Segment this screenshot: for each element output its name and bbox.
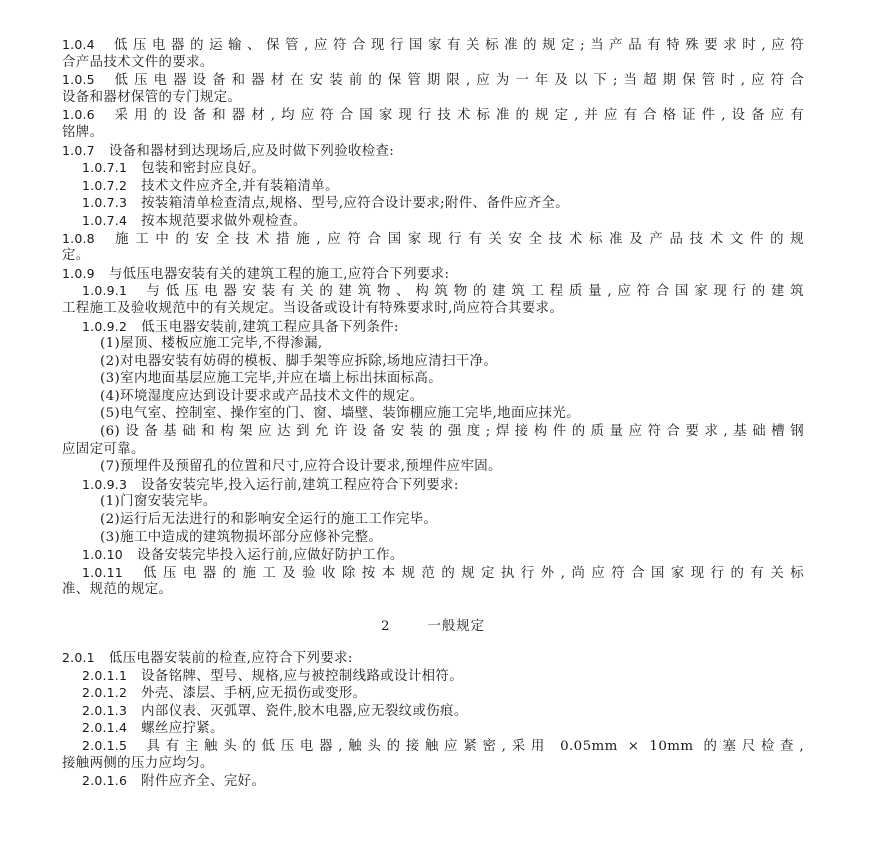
clause-number: 1.0.7.2 xyxy=(82,178,127,193)
clause-number: 1.0.9.3 xyxy=(82,477,127,492)
clause-1-0-8: 1.0.8施工中的安全技术措施,应符合国家现行有关安全技术标准及产品技术文件的规 xyxy=(62,230,804,248)
clause-number: 1.0.9.1 xyxy=(82,283,127,298)
clause-1-0-5: 1.0.5低压电器设备和器材在安装前的保管期限,应为一年及以下;当超期保管时,应… xyxy=(62,71,804,89)
chapter-heading: 2一般规定 xyxy=(62,618,804,636)
clause-text: 施工中的安全技术措施,应符合国家现行有关安全技术标准及产品技术文件的规 xyxy=(109,232,804,247)
clause-2-0-1: 2.0.1低压电器安装前的检查,应符合下列要求: xyxy=(62,649,804,667)
clause-text: (4)环境湿度应达到设计要求或产品技术文件的规定。 xyxy=(100,389,424,404)
clause-number: 2.0.1.6 xyxy=(82,773,127,788)
clause-text: 按装箱清单检查清点,规格、型号,应符合设计要求;附件、备件应齐全。 xyxy=(141,196,569,211)
clause-number: 2.0.1.5 xyxy=(82,738,127,753)
chapter-title: 一般规定 xyxy=(427,619,485,634)
clause-number: 1.0.9 xyxy=(62,266,95,281)
clause-number: 1.0.11 xyxy=(82,565,123,580)
clause-1-0-9-1: 1.0.9.1与低压电器安装有关的建筑物、构筑物的建筑工程质量,应符合国家现行的… xyxy=(62,282,804,300)
clause-text-line: 工程施工及验收规范中的有关规定。当设备或设计有特殊要求时,尚应符合其要求。 xyxy=(62,300,804,318)
document-page: 1.0.4低压电器的运输、保管,应符合现行国家有关标准的规定;当产品有特殊要求时… xyxy=(62,36,804,790)
clause-text-line: (1)门窗安装完毕。 xyxy=(62,493,804,511)
clause-text: 包装和密封应良好。 xyxy=(141,161,265,176)
clause-text: (2)对电器安装有妨碍的模板、脚手架等应拆除,场地应清扫干净。 xyxy=(100,354,497,369)
clause-text: 采用的设备和器材,均应符合国家现行技术标准的规定,并应有合格证件,设备应有 xyxy=(109,108,804,123)
clause-text: 螺丝应拧紧。 xyxy=(141,721,224,736)
clause-1-0-7: 1.0.7设备和器材到达现场后,应及时做下列验收检查: xyxy=(62,142,804,160)
clause-text-line: (7)预埋件及预留孔的位置和尺寸,应符合设计要求,预埋件应牢固。 xyxy=(62,458,804,476)
clause-number: 2.0.1.4 xyxy=(82,720,127,735)
clause-number: 2.0.1.2 xyxy=(82,685,127,700)
clause-text-line: (2)运行后无法进行的和影响安全运行的施工工作完毕。 xyxy=(62,511,804,529)
clause-1-0-7-3: 1.0.7.3按装箱清单检查清点,规格、型号,应符合设计要求;附件、备件应齐全。 xyxy=(62,194,804,212)
clause-text: 设备和器材保管的专门规定。 xyxy=(62,90,241,105)
clause-text: 与低压电器安装有关的建筑工程的施工,应符合下列要求: xyxy=(109,267,450,282)
clause-number: 1.0.10 xyxy=(82,547,123,562)
clause-1-0-9-3: 1.0.9.3设备安装完毕,投入运行前,建筑工程应符合下列要求: xyxy=(62,476,804,494)
clause-text: 准、规范的规定。 xyxy=(62,582,172,597)
clause-text: 与低压电器安装有关的建筑物、构筑物的建筑工程质量,应符合国家现行的建筑 xyxy=(141,284,804,299)
clause-text: (2)运行后无法进行的和影响安全运行的施工工作完毕。 xyxy=(100,512,437,527)
clause-text-line: 准、规范的规定。 xyxy=(62,581,804,599)
clause-text: (7)预埋件及预留孔的位置和尺寸,应符合设计要求,预埋件应牢固。 xyxy=(100,459,502,474)
clause-text: 合产品技术文件的要求。 xyxy=(62,55,214,70)
clause-text: 低玉电器安装前,建筑工程应具备下列条件: xyxy=(141,320,399,335)
clause-2-0-1-2: 2.0.1.2外壳、漆层、手柄,应无损伤或变形。 xyxy=(62,684,804,702)
clause-number: 2.0.1.3 xyxy=(82,703,127,718)
clause-2-0-1-5: 2.0.1.5具有主触头的低压电器,触头的接触应紧密,采用 0.05mm × 1… xyxy=(62,737,804,755)
clause-text: (1)门窗安装完毕。 xyxy=(100,494,217,509)
clause-text: 设备和器材到达现场后,应及时做下列验收检查: xyxy=(109,144,394,159)
clause-2-0-1-3: 2.0.1.3内部仪表、灭弧罩、瓷件,胶木电器,应无裂纹或伤痕。 xyxy=(62,702,804,720)
clause-text: 内部仪表、灭弧罩、瓷件,胶木电器,应无裂纹或伤痕。 xyxy=(141,704,468,719)
clause-number: 1.0.7 xyxy=(62,143,95,158)
clause-text: 工程施工及验收规范中的有关规定。当设备或设计有特殊要求时,尚应符合其要求。 xyxy=(62,301,563,316)
clause-text: 低压电器安装前的检查,应符合下列要求: xyxy=(109,651,353,666)
clause-number: 1.0.9.2 xyxy=(82,319,127,334)
clause-text: 低压电器设备和器材在安装前的保管期限,应为一年及以下;当超期保管时,应符合 xyxy=(109,73,804,88)
clause-number: 1.0.7.3 xyxy=(82,195,127,210)
clause-1-0-11: 1.0.11低压电器的施工及验收除按本规范的规定执行外,尚应符合国家现行的有关标 xyxy=(62,564,804,582)
clause-text: 设备安装完毕,投入运行前,建筑工程应符合下列要求: xyxy=(141,478,459,493)
clause-number: 2.0.1.1 xyxy=(82,668,127,683)
clause-number: 2.0.1 xyxy=(62,650,95,665)
clause-text: 定。 xyxy=(62,248,90,263)
clause-text: 接触两侧的压力应均匀。 xyxy=(62,756,214,771)
clause-text-line: 设备和器材保管的专门规定。 xyxy=(62,89,804,107)
clause-1-0-7-4: 1.0.7.4按本规范要求做外观检查。 xyxy=(62,212,804,230)
clause-text: 外壳、漆层、手柄,应无损伤或变形。 xyxy=(141,686,366,701)
clause-text-line: (4)环境湿度应达到设计要求或产品技术文件的规定。 xyxy=(62,388,804,406)
clause-text-line: (3)施工中造成的建筑物损坏部分应修补完整。 xyxy=(62,529,804,547)
clause-text: (1)屋顶、楼板应施工完毕,不得渗漏, xyxy=(100,336,323,351)
clause-text-line: (3)室内地面基层应施工完毕,并应在墙上标出抹面标高。 xyxy=(62,370,804,388)
clause-text-line: (1)屋顶、楼板应施工完毕,不得渗漏, xyxy=(62,335,804,353)
clause-text: 设备铭牌、型号、规格,应与被控制线路或设计相符。 xyxy=(141,669,463,684)
clause-text: (3)施工中造成的建筑物损坏部分应修补完整。 xyxy=(100,530,382,545)
clause-text-line: 应固定可靠。 xyxy=(62,441,804,459)
clause-2-0-1-6: 2.0.1.6附件应齐全、完好。 xyxy=(62,772,804,790)
clause-2-0-1-4: 2.0.1.4螺丝应拧紧。 xyxy=(62,719,804,737)
clause-number: 1.0.7.1 xyxy=(82,160,127,175)
clause-2-0-1-1: 2.0.1.1设备铭牌、型号、规格,应与被控制线路或设计相符。 xyxy=(62,667,804,685)
clause-text: 铭牌。 xyxy=(62,125,103,140)
clause-1-0-7-2: 1.0.7.2技术文件应齐全,并有装箱清单。 xyxy=(62,177,804,195)
clause-number: 1.0.7.4 xyxy=(82,213,127,228)
clause-1-0-7-1: 1.0.7.1包装和密封应良好。 xyxy=(62,159,804,177)
clause-number: 1.0.6 xyxy=(62,107,95,122)
clause-text: (3)室内地面基层应施工完毕,并应在墙上标出抹面标高。 xyxy=(100,371,442,386)
clause-number: 1.0.8 xyxy=(62,231,95,246)
clause-text-line: (5)电气室、控制室、操作室的门、窗、墙壁、装饰棚应施工完毕,地面应抹光。 xyxy=(62,405,804,423)
clause-text-line: (2)对电器安装有妨碍的模板、脚手架等应拆除,场地应清扫干净。 xyxy=(62,353,804,371)
clause-1-0-6: 1.0.6采用的设备和器材,均应符合国家现行技术标准的规定,并应有合格证件,设备… xyxy=(62,106,804,124)
clause-text: 技术文件应齐全,并有装箱清单。 xyxy=(141,179,339,194)
clause-number: 1.0.5 xyxy=(62,72,95,87)
clause-text: 附件应齐全、完好。 xyxy=(141,774,265,789)
clause-text: 具有主触头的低压电器,触头的接触应紧密,采用 0.05mm × 10mm 的塞尺… xyxy=(141,739,804,754)
clause-1-0-9: 1.0.9与低压电器安装有关的建筑工程的施工,应符合下列要求: xyxy=(62,265,804,283)
clause-text-line: (6)设备基础和构架应达到允许设备安装的强度;焊接构件的质量应符合要求,基础槽钢 xyxy=(62,423,804,441)
chapter-number: 2 xyxy=(381,619,390,634)
clause-text: 低压电器的施工及验收除按本规范的规定执行外,尚应符合国家现行的有关标 xyxy=(137,566,804,581)
clause-text: 应固定可靠。 xyxy=(62,442,145,457)
clause-1-0-9-2: 1.0.9.2低玉电器安装前,建筑工程应具备下列条件: xyxy=(62,318,804,336)
clause-1-0-4: 1.0.4低压电器的运输、保管,应符合现行国家有关标准的规定;当产品有特殊要求时… xyxy=(62,36,804,54)
section-2-general-rules: 2.0.1低压电器安装前的检查,应符合下列要求:2.0.1.1设备铭牌、型号、规… xyxy=(62,649,804,790)
clause-text: 设备安装完毕投入运行前,应做好防护工作。 xyxy=(137,548,404,563)
section-1-general: 1.0.4低压电器的运输、保管,应符合现行国家有关标准的规定;当产品有特殊要求时… xyxy=(62,36,804,599)
clause-text-line: 定。 xyxy=(62,247,804,265)
clause-text-line: 铭牌。 xyxy=(62,124,804,142)
clause-1-0-10: 1.0.10设备安装完毕投入运行前,应做好防护工作。 xyxy=(62,546,804,564)
clause-text: (5)电气室、控制室、操作室的门、窗、墙壁、装饰棚应施工完毕,地面应抹光。 xyxy=(100,406,580,421)
clause-number: 1.0.4 xyxy=(62,37,95,52)
clause-text-line: 合产品技术文件的要求。 xyxy=(62,54,804,72)
clause-text: 低压电器的运输、保管,应符合现行国家有关标准的规定;当产品有特殊要求时,应符 xyxy=(109,38,804,53)
clause-text: 按本规范要求做外观检查。 xyxy=(141,214,307,229)
clause-text: (6)设备基础和构架应达到允许设备安装的强度;焊接构件的质量应符合要求,基础槽钢 xyxy=(100,424,804,439)
clause-text-line: 接触两侧的压力应均匀。 xyxy=(62,755,804,773)
